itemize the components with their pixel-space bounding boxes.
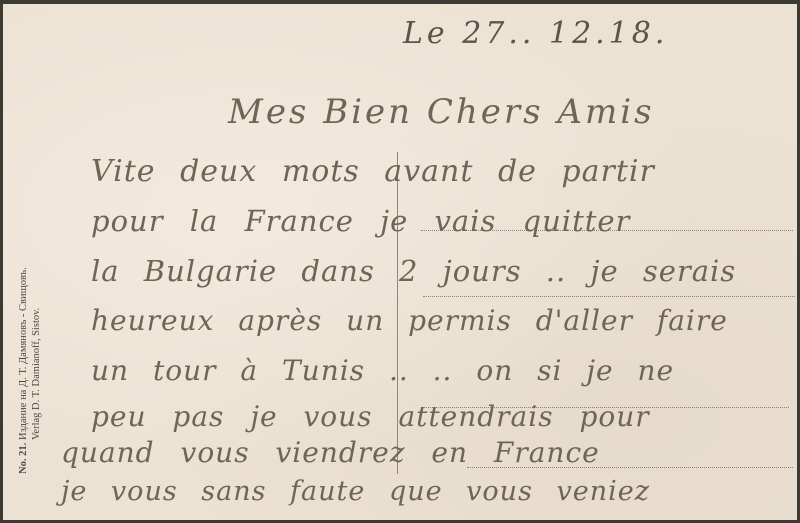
handwritten-line: peu pas je vous attendrais pour <box>91 400 650 433</box>
handwritten-line: pour la France je vais quitter <box>91 204 630 238</box>
handwritten-greeting: Mes Bien Chers Amis <box>228 92 655 132</box>
handwritten-line: heureux après un permis d'aller faire <box>91 304 728 337</box>
handwritten-line: Vite deux mots avant de partir <box>91 154 655 189</box>
handwritten-line: je vous sans faute que vous veniez <box>61 476 650 507</box>
imprint-bulgarian: Издание на Д. Т. Дамяновъ - Свищовъ. <box>17 267 30 440</box>
address-line-2 <box>423 296 795 297</box>
publisher-imprint: No. 21. Издание на Д. Т. Дамяновъ - Свищ… <box>17 94 43 474</box>
handwritten-line: la Bulgarie dans 2 jours .. je serais <box>91 254 736 288</box>
handwritten-date: Le 27.. 12.18. <box>403 16 668 51</box>
postcard-back: No. 21. Издание на Д. Т. Дамяновъ - Свищ… <box>3 4 797 520</box>
imprint-german: Verlag D. T. Damianoff, Sistov. <box>30 267 43 440</box>
card-number: No. 21. <box>17 440 43 474</box>
handwritten-line: quand vous viendrez en France <box>61 436 600 469</box>
handwritten-line: un tour à Tunis .. .. on si je ne <box>91 354 674 387</box>
